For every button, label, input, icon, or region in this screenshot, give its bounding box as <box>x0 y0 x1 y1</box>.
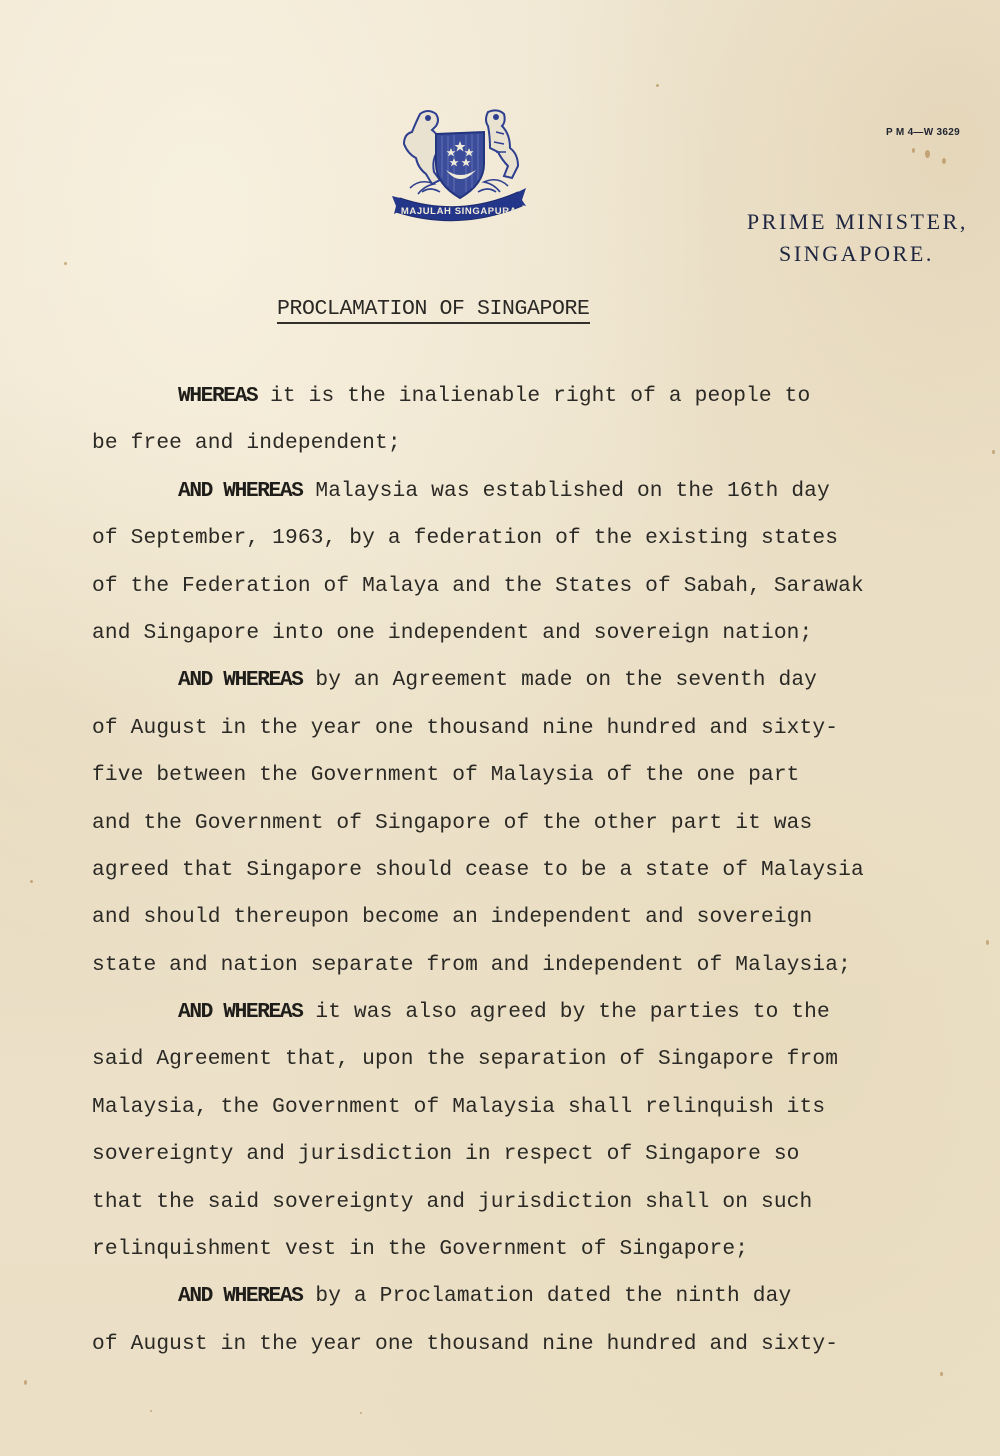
text-line: of August in the year one thousand nine … <box>92 705 972 752</box>
clause-keyword: AND WHEREAS <box>178 668 302 692</box>
text-line: five between the Government of Malaysia … <box>92 752 972 799</box>
paper-speck <box>150 1410 152 1412</box>
text-line: AND WHEREAS by an Agreement made on the … <box>92 657 972 704</box>
coat-of-arms-crest-icon: MAJULAH SINGAPURA <box>392 108 526 224</box>
text-line: relinquishment vest in the Government of… <box>92 1226 972 1273</box>
clause-keyword: AND WHEREAS <box>178 1284 302 1308</box>
paper-speck <box>64 262 67 265</box>
office-heading: PRIME MINISTER, SINGAPORE. <box>747 206 968 270</box>
text-line: of August in the year one thousand nine … <box>92 1321 972 1368</box>
text-line: AND WHEREAS by a Proclamation dated the … <box>92 1273 972 1320</box>
clause-keyword: AND WHEREAS <box>178 1000 302 1024</box>
paper-speck <box>24 1380 27 1385</box>
text-line: and should thereupon become an independe… <box>92 894 972 941</box>
text-line: of the Federation of Malaya and the Stat… <box>92 563 972 610</box>
text-line: that the said sovereignty and jurisdicti… <box>92 1179 972 1226</box>
text-line: and the Government of Singapore of the o… <box>92 800 972 847</box>
office-line-2: SINGAPORE. <box>747 238 934 270</box>
text-line: of September, 1963, by a federation of t… <box>92 515 972 562</box>
clause-keyword: AND WHEREAS <box>178 479 302 503</box>
reference-code: P M 4—W 3629 <box>886 127 960 138</box>
paper-speck <box>940 1372 943 1376</box>
paper-speck <box>912 148 915 153</box>
document-title: PROCLAMATION OF SINGAPORE <box>277 297 590 324</box>
text-line: be free and independent; <box>92 420 972 467</box>
paper-speck <box>30 880 33 883</box>
paper-speck <box>942 158 946 164</box>
crest-motto: MAJULAH SINGAPURA <box>401 206 517 217</box>
text-line: said Agreement that, upon the separation… <box>92 1036 972 1083</box>
text-line: sovereignty and jurisdiction in respect … <box>92 1131 972 1178</box>
text-line: state and nation separate from and indep… <box>92 942 972 989</box>
text-line: agreed that Singapore should cease to be… <box>92 847 972 894</box>
paper-speck <box>986 940 989 945</box>
text-line: AND WHEREAS Malaysia was established on … <box>92 468 972 515</box>
text-line: WHEREAS it is the inalienable right of a… <box>92 373 972 420</box>
proclamation-body: WHEREAS it is the inalienable right of a… <box>92 373 972 1368</box>
paper-speck <box>360 1412 362 1414</box>
text-line: and Singapore into one independent and s… <box>92 610 972 657</box>
paper-speck <box>656 84 659 87</box>
paper-speck <box>992 450 995 454</box>
text-line: AND WHEREAS it was also agreed by the pa… <box>92 989 972 1036</box>
text-line: Malaysia, the Government of Malaysia sha… <box>92 1084 972 1131</box>
clause-keyword: WHEREAS <box>178 384 257 408</box>
paper-speck <box>925 150 930 158</box>
office-line-1: PRIME MINISTER, <box>747 209 968 234</box>
